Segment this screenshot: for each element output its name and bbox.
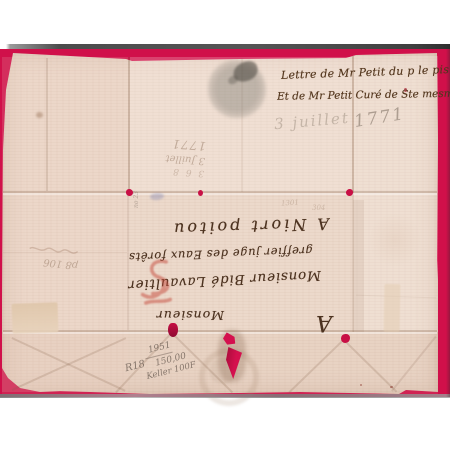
faint-year: 1771 — [146, 135, 207, 153]
showthrough-block: p8 106 — [24, 223, 82, 270]
faint-number: 1301 — [281, 199, 299, 208]
vertical-fold-crease — [352, 193, 354, 332]
reverse-date-block: 3 6 8 3 Juillet 1771 — [144, 112, 208, 178]
speck — [360, 384, 362, 386]
photo-bottom-edge — [0, 394, 450, 398]
red-chalk-mark — [136, 256, 179, 308]
crease-note: no 23 — [133, 191, 140, 208]
stain-spot — [36, 112, 43, 118]
wax-point — [346, 189, 353, 196]
wax-point — [126, 189, 133, 196]
wax-point — [198, 190, 203, 196]
address-place-line: A Niort poitou — [171, 214, 329, 238]
tape-stain — [11, 302, 58, 334]
address-salutation: Monsieur — [156, 308, 224, 323]
address-flourish: A — [316, 310, 332, 335]
auction-photo-page: Lettre de Mr Petit du p le pis Et de Mr … — [0, 0, 450, 450]
photo-right-shade — [446, 44, 450, 397]
tape-stain — [384, 284, 401, 332]
fold-highlight — [3, 193, 437, 195]
faint-number: 304 — [312, 204, 325, 212]
vertical-fold-crease — [128, 57, 130, 193]
photo-top-edge — [0, 44, 450, 49]
minor-crease — [46, 58, 48, 191]
speck — [390, 386, 393, 388]
